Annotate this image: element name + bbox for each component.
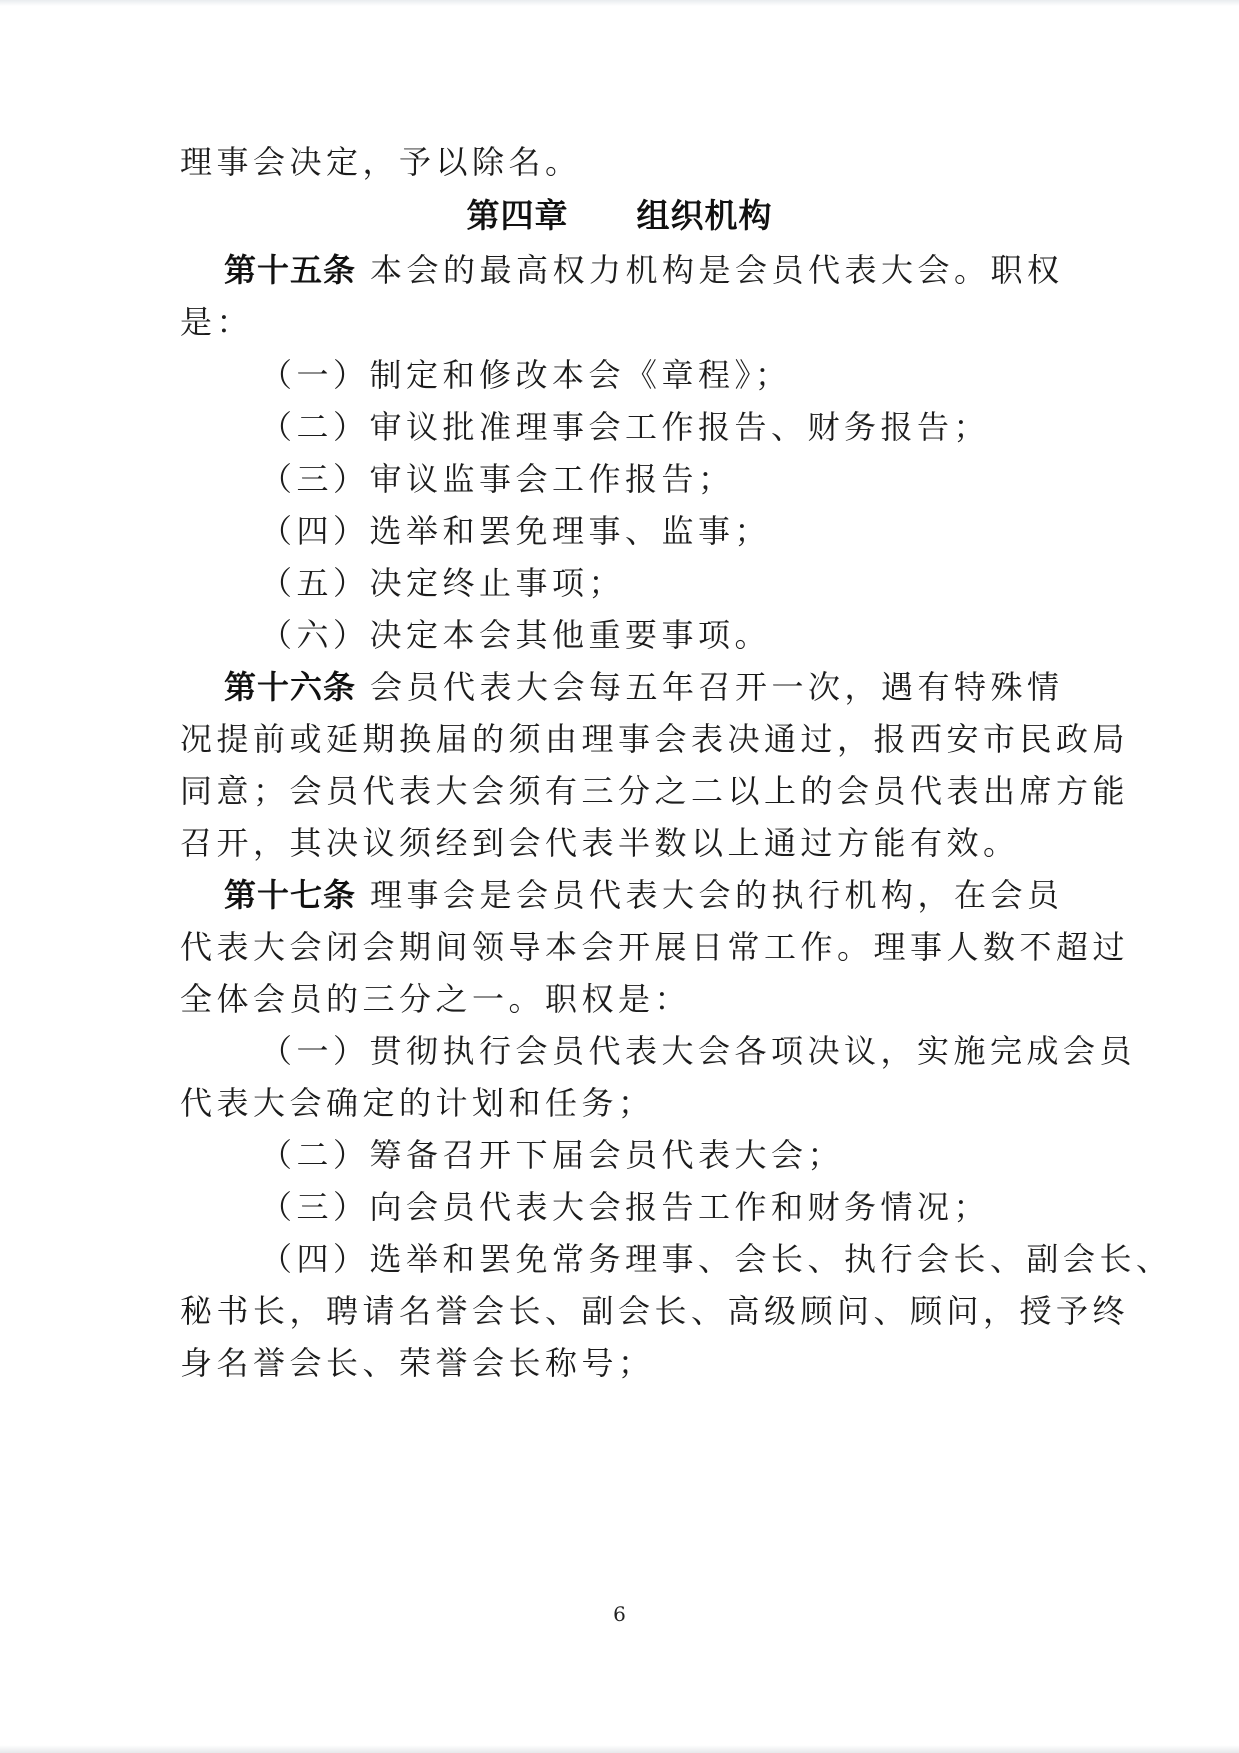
article-16-line-3: 同意；会员代表大会须有三分之二以上的会员代表出席方能 bbox=[180, 771, 1060, 811]
article-16-label: 第十六条 bbox=[224, 668, 356, 706]
article-17-item-2: （二）筹备召开下届会员代表大会； bbox=[260, 1135, 1140, 1175]
article-15-text: 本会的最高权力机构是会员代表大会。职权 bbox=[370, 251, 1064, 289]
article-15-item-1: （一）制定和修改本会《章程》； bbox=[260, 355, 1140, 395]
article-17-item-4-line-3: 身名誉会长、荣誉会长称号； bbox=[180, 1343, 1060, 1383]
article-17-text: 理事会是会员代表大会的执行机构，在会员 bbox=[370, 876, 1064, 914]
article-15-item-4: （四）选举和罢免理事、监事； bbox=[260, 511, 1140, 551]
document-page: ​ 理事会决定，予以除名。 第四章 组织机构 第十五条本会的最高权力机构是会员代… bbox=[0, 0, 1239, 1753]
article-17-line-2: 代表大会闭会期间领导本会开展日常工作。理事人数不超过 bbox=[180, 927, 1060, 967]
article-16-line-2: 况提前或延期换届的须由理事会表决通过，报西安市民政局 bbox=[180, 719, 1060, 759]
scan-bottom-edge bbox=[0, 1745, 1239, 1753]
article-17-item-3: （三）向会员代表大会报告工作和财务情况； bbox=[260, 1187, 1140, 1227]
article-15-item-2: （二）审议批准理事会工作报告、财务报告； bbox=[260, 407, 1140, 447]
page-number: 6 bbox=[0, 1602, 1239, 1626]
article-17-item-1-line-1: （一）贯彻执行会员代表大会各项决议，实施完成会员 bbox=[260, 1031, 1140, 1071]
article-15-label: 第十五条 bbox=[224, 251, 356, 289]
article-15-line-2: 是： bbox=[180, 302, 1060, 342]
article-17-item-1-line-2: 代表大会确定的计划和任务； bbox=[180, 1083, 1060, 1123]
article-15-first-line: 第十五条本会的最高权力机构是会员代表大会。职权 bbox=[224, 250, 1104, 290]
article-17-item-4-line-2: 秘书长，聘请名誉会长、副会长、高级顾问、顾问，授予终 bbox=[180, 1291, 1060, 1331]
chapter-title: 第四章 组织机构 bbox=[0, 196, 1239, 236]
scan-top-edge bbox=[0, 0, 1239, 6]
article-17-label: 第十七条 bbox=[224, 876, 356, 914]
continued-paragraph: 理事会决定，予以除名。 bbox=[180, 142, 1060, 182]
article-15-item-3: （三）审议监事会工作报告； bbox=[260, 459, 1140, 499]
article-17-item-4-line-1: （四）选举和罢免常务理事、会长、执行会长、副会长、 bbox=[260, 1239, 1140, 1279]
article-15-item-5: （五）决定终止事项； bbox=[260, 563, 1140, 603]
article-17-first-line: 第十七条理事会是会员代表大会的执行机构，在会员 bbox=[224, 875, 1104, 915]
article-17-line-3: 全体会员的三分之一。职权是： bbox=[180, 979, 1060, 1019]
article-16-line-4: 召开，其决议须经到会代表半数以上通过方能有效。 bbox=[180, 823, 1060, 863]
article-15-item-6: （六）决定本会其他重要事项。 bbox=[260, 615, 1140, 655]
article-16-text: 会员代表大会每五年召开一次，遇有特殊情 bbox=[370, 668, 1064, 706]
article-16-first-line: 第十六条会员代表大会每五年召开一次，遇有特殊情 bbox=[224, 667, 1104, 707]
